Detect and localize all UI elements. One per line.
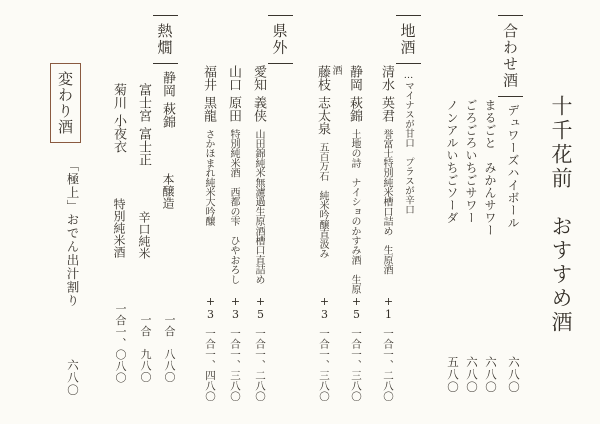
item-name: 静岡萩錦 bbox=[158, 71, 177, 128]
item-price: 一合一、四八〇 bbox=[204, 328, 216, 402]
menu-item: 清水英君誉富士特別純米槽口詰め 生原酒 +1一合一、二八〇 bbox=[364, 15, 396, 405]
menu-item: 「極上」おでん出汁割り 六八〇 bbox=[50, 143, 81, 405]
item-name: 愛知義侠山田錦純米無濾過生原酒槽口直詰め bbox=[249, 65, 268, 284]
item-description: 特別純米酒 西都の雫 ひやおろし bbox=[228, 129, 239, 284]
item-region: 静岡 bbox=[160, 71, 175, 97]
item-price: 一合一、〇八〇 bbox=[112, 303, 128, 384]
item-footer: +3一合一、四八〇 bbox=[203, 295, 218, 402]
item-price: 一合一、三八〇 bbox=[318, 328, 330, 402]
item-brand: 萩錦 bbox=[160, 102, 175, 128]
section-kawari-zake: 変わり酒 「極上」おでん出汁割り 六八〇 bbox=[45, 15, 81, 405]
item-footer: +5一合一、三八〇 bbox=[349, 295, 364, 402]
sake-meter-note: …マイナスが甘口 プラスが辛口 bbox=[401, 70, 415, 214]
item-region: 菊川 bbox=[111, 83, 126, 109]
kengai-header-column: 県外 bbox=[268, 15, 292, 405]
section-header-atsukan: 熱燗 bbox=[153, 15, 178, 64]
section-header-jizake: 地酒 bbox=[396, 15, 421, 64]
item-name: 富士宮富士正 bbox=[134, 83, 153, 166]
item-footer: +3一合一、三八〇 bbox=[228, 295, 243, 402]
menu-item: 山口原田特別純米酒 西都の雫 ひやおろし +3一合一、三八〇 bbox=[218, 15, 243, 405]
item-name: 福井黒龍さかほまれ純米大吟醸 bbox=[199, 65, 218, 226]
item-price: 六八〇 bbox=[506, 356, 522, 394]
item-price: 一合一、三八〇 bbox=[229, 328, 241, 402]
section-kengai: 県外 愛知義侠山田錦純米無濾過生原酒槽口直詰め +5一合一、二八〇 山口原田特別… bbox=[193, 15, 292, 405]
sake-grade: 本醸造 bbox=[160, 173, 177, 209]
item-description: 誉富士特別純米槽口詰め 生原酒 bbox=[381, 129, 392, 275]
item-brand: 黒龍 bbox=[201, 96, 216, 122]
item-region: 山口 bbox=[226, 65, 241, 91]
item-brand: 原田 bbox=[226, 96, 241, 122]
sake-meter-value: +5 bbox=[254, 295, 267, 321]
item-price: 六八〇 bbox=[464, 356, 480, 394]
menu-title: 十千花前 おすすめ酒 bbox=[542, 15, 576, 405]
sake-menu-page: 十千花前 おすすめ酒 合わせ酒 デュワーズハイボール 六八〇 まるごと みかんサ… bbox=[0, 0, 600, 424]
item-name: 菊川小夜衣 bbox=[109, 83, 128, 153]
menu-item: ノンアルいちごソーダ 五八〇 bbox=[442, 15, 461, 405]
item-region: 愛知 bbox=[251, 65, 266, 91]
sake-meter-value: +3 bbox=[229, 295, 242, 321]
item-brand: 英君 bbox=[379, 96, 394, 122]
item-footer: +5一合一、二八〇 bbox=[253, 295, 268, 402]
menu-item: 福井黒龍さかほまれ純米大吟醸 +3一合一、四八〇 bbox=[193, 15, 218, 405]
item-brand: 小夜衣 bbox=[111, 114, 126, 153]
item-price: 六八〇 bbox=[65, 359, 81, 397]
item-region: 富士宮 bbox=[136, 83, 151, 122]
item-name: 清水英君誉富士特別純米槽口詰め 生原酒 bbox=[377, 65, 396, 275]
item-name: ノンアルいちごソーダ bbox=[444, 99, 461, 224]
item-region: 静岡 bbox=[347, 65, 362, 91]
item-footer: +1一合一、二八〇 bbox=[381, 295, 396, 402]
item-name: 山口原田特別純米酒 西都の雫 ひやおろし bbox=[224, 65, 243, 284]
item-price: 五八〇 bbox=[445, 356, 461, 394]
item-brand: 富士正 bbox=[136, 127, 151, 166]
kawari-header-column: 変わり酒 「極上」おでん出汁割り 六八〇 bbox=[50, 15, 81, 405]
section-jizake: 地酒 …マイナスが甘口 プラスが辛口 清水英君誉富士特別純米槽口詰め 生原酒 +… bbox=[300, 15, 420, 405]
atsukan-header-column: 熱燗 静岡萩錦 本醸造 一合 八八〇 bbox=[153, 15, 177, 405]
item-region: 清水 bbox=[379, 65, 394, 91]
item-price: 六八〇 bbox=[483, 356, 499, 394]
item-name: 静岡萩錦土地の詩 ナイショのかすみ酒 生原酒 bbox=[326, 65, 364, 295]
item-name: ごろごろいちごサワー bbox=[463, 99, 480, 224]
item-price: 一合一、三八〇 bbox=[350, 328, 362, 402]
item-description: 山田錦純米無濾過生原酒槽口直詰め bbox=[253, 129, 264, 284]
sake-meter-value: +3 bbox=[204, 295, 217, 321]
menu-layout: 十千花前 おすすめ酒 合わせ酒 デュワーズハイボール 六八〇 まるごと みかんサ… bbox=[18, 15, 576, 405]
sake-grade: 辛口純米 bbox=[136, 211, 153, 259]
item-price: 一合一、二八〇 bbox=[382, 328, 394, 402]
section-header-kawari: 変わり酒 bbox=[50, 63, 81, 143]
sake-meter-value: +3 bbox=[318, 295, 331, 321]
item-price: 一合 八八〇 bbox=[161, 314, 177, 383]
item-name: まるごと みかんサワー bbox=[482, 99, 499, 237]
menu-item: ごろごろいちごサワー 六八〇 bbox=[461, 15, 480, 405]
item-brand: 義侠 bbox=[251, 96, 266, 122]
item-price: 一合 九八〇 bbox=[137, 314, 153, 383]
awase-header-column: 合わせ酒 デュワーズハイボール 六八〇 bbox=[499, 15, 522, 405]
menu-item: 富士宮富士正 辛口純米 一合 九八〇 bbox=[128, 15, 153, 405]
sake-grade: 特別純米酒 bbox=[111, 198, 128, 258]
menu-item: 静岡萩錦土地の詩 ナイショのかすみ酒 生原酒 +5一合一、三八〇 bbox=[332, 15, 364, 405]
jizake-header-column: 地酒 …マイナスが甘口 プラスが辛口 bbox=[396, 15, 420, 405]
item-description: さかほまれ純米大吟醸 bbox=[203, 129, 214, 226]
menu-item: まるごと みかんサワー 六八〇 bbox=[480, 15, 499, 405]
section-awase-zake: 合わせ酒 デュワーズハイボール 六八〇 まるごと みかんサワー 六八〇 ごろごろ… bbox=[442, 15, 522, 405]
section-atsukan: 熱燗 静岡萩錦 本醸造 一合 八八〇 富士宮富士正 辛口純米 一合 九八〇 bbox=[103, 15, 177, 405]
item-name: デュワーズハイボール bbox=[505, 104, 522, 229]
sake-meter-value: +1 bbox=[382, 295, 395, 321]
item-region: 福井 bbox=[201, 65, 216, 91]
item-name: 「極上」おでん出汁割り bbox=[63, 159, 81, 308]
sake-meter-value: +5 bbox=[350, 295, 363, 321]
menu-item: デュワーズハイボール 六八〇 bbox=[499, 97, 522, 405]
section-header-awase: 合わせ酒 bbox=[498, 15, 523, 97]
section-header-kengai: 県外 bbox=[268, 15, 293, 64]
item-brand: 萩錦 bbox=[347, 96, 362, 122]
menu-item: 愛知義侠山田錦純米無濾過生原酒槽口直詰め +5一合一、二八〇 bbox=[243, 15, 268, 405]
menu-item: 菊川小夜衣 特別純米酒 一合一、〇八〇 bbox=[103, 15, 128, 405]
menu-item: 静岡萩錦 本醸造 一合 八八〇 bbox=[153, 64, 177, 405]
item-price: 一合一、二八〇 bbox=[254, 328, 266, 402]
item-footer: +3一合一、三八〇 bbox=[317, 295, 332, 402]
